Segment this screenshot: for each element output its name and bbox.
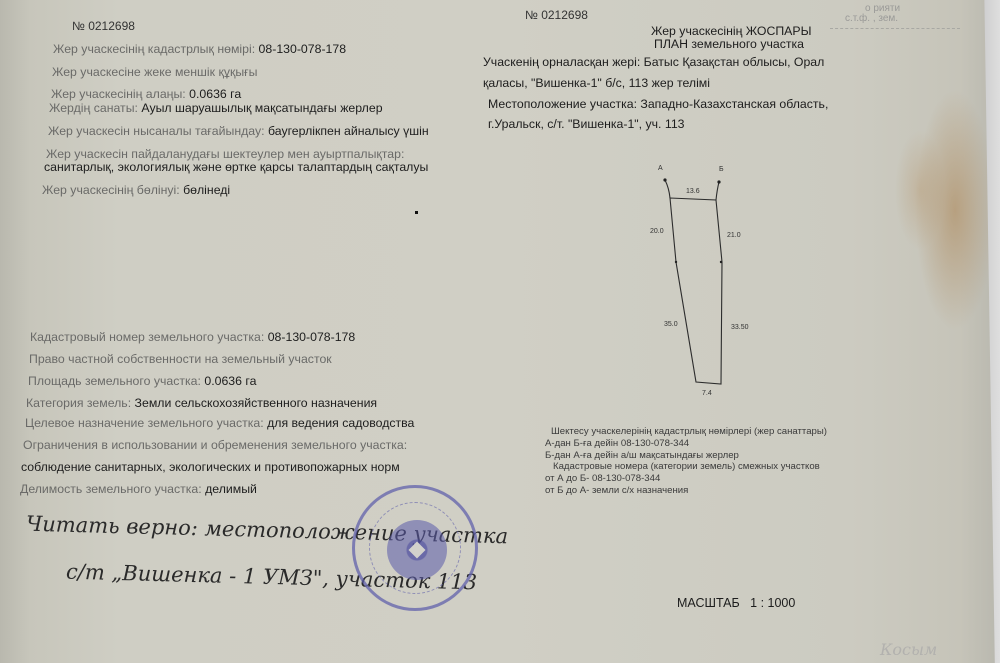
- dim-left-lower: 35.0: [664, 321, 678, 328]
- land-plot-plan-drawing: [0, 0, 1000, 663]
- plot-boundary: [670, 198, 722, 384]
- scale-label: МАСШТАБ 1 : 1000: [677, 596, 795, 610]
- dim-left-upper: 20.0: [650, 228, 664, 235]
- corner-b-label: Б: [719, 166, 724, 173]
- adjacent-kz-line1: А-дан Б-ға дейін 08-130-078-344: [545, 438, 689, 449]
- adjacent-ru-line1: от А до Б- 08-130-078-344: [545, 473, 660, 484]
- adjacent-kz-line2: Б-дан А-ға дейін а/ш мақсатындағы жерлер: [545, 450, 739, 461]
- adjacent-ru-title: Кадастровые номера (категории земель) см…: [553, 461, 820, 472]
- dim-right-upper: 21.0: [727, 232, 741, 239]
- dim-bottom: 7.4: [702, 390, 712, 397]
- corner-a-label: А: [658, 165, 663, 172]
- dim-right-lower: 33.50: [731, 324, 749, 331]
- faint-signature: Косым: [880, 640, 937, 659]
- dim-top: 13.6: [686, 188, 700, 195]
- corner-b-leader: [716, 182, 719, 200]
- adjacent-ru-line2: от Б до А- земли с/х назначения: [545, 485, 688, 496]
- corner-a-leader: [665, 180, 670, 198]
- adjacent-kz-title: Шектесу учаскелерінің кадастрлық нөмірле…: [551, 426, 827, 437]
